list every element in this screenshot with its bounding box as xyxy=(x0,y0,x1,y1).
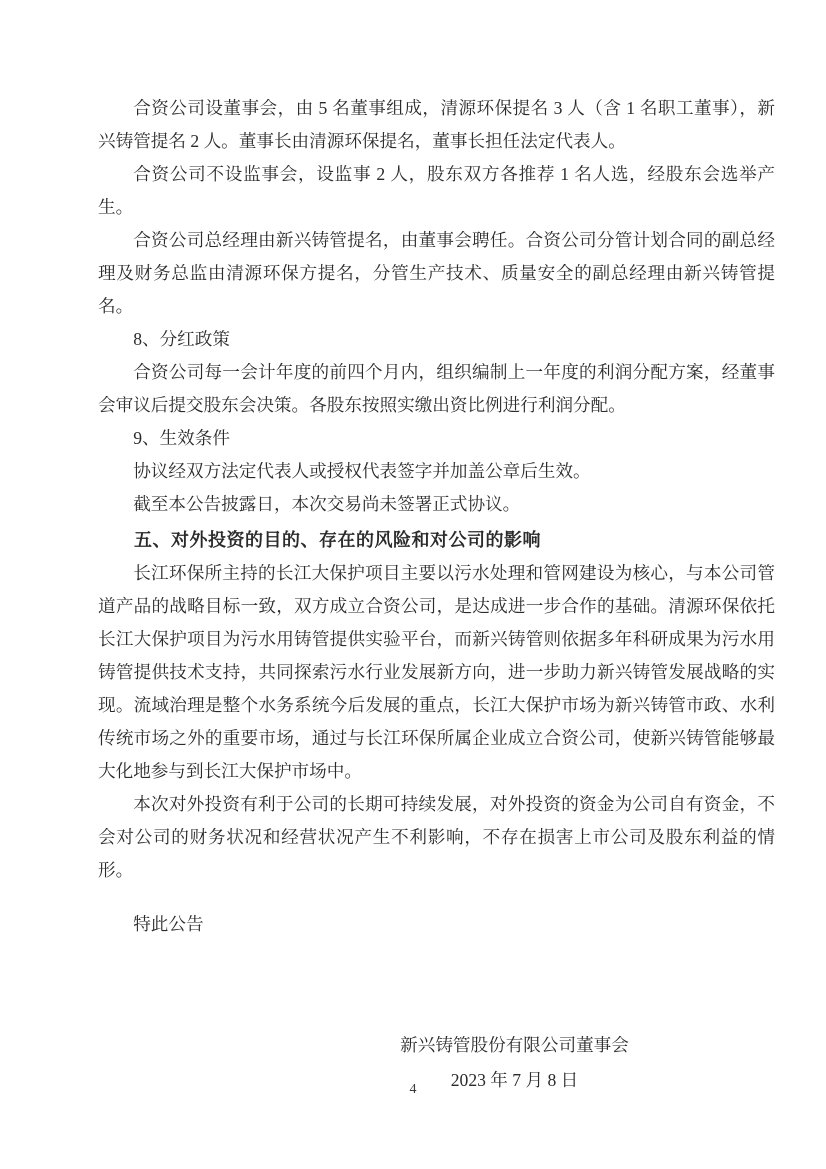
document-page: 合资公司设董事会，由 5 名董事组成，清源环保提名 3 人（含 1 名职工董事）… xyxy=(0,0,826,1169)
closing-statement: 特此公告 xyxy=(98,908,775,941)
body-paragraph: 合资公司设董事会，由 5 名董事组成，清源环保提名 3 人（含 1 名职工董事）… xyxy=(98,92,775,158)
body-paragraph: 本次对外投资有利于公司的长期可持续发展，对外投资的资金为公司自有资金，不会对公司… xyxy=(98,788,775,887)
body-paragraph: 合资公司总经理由新兴铸管提名，由董事会聘任。合资公司分管计划合同的副总经理及财务… xyxy=(98,224,775,323)
list-item-heading-dividend-policy: 8、分红政策 xyxy=(98,323,775,356)
signature-company: 新兴铸管股份有限公司董事会 xyxy=(176,1028,826,1063)
document-body: 合资公司设董事会，由 5 名董事组成，清源环保提名 3 人（含 1 名职工董事）… xyxy=(98,92,775,1098)
body-paragraph: 合资公司每一会计年度的前四个月内，组织编制上一年度的利润分配方案，经董事会审议后… xyxy=(98,356,775,422)
body-paragraph: 合资公司不设监事会，设监事 2 人，股东双方各推荐 1 名人选，经股东会选举产生… xyxy=(98,158,775,224)
section-heading: 五、对外投资的目的、存在的风险和对公司的影响 xyxy=(98,524,775,557)
body-paragraph: 截至本公告披露日，本次交易尚未签署正式协议。 xyxy=(98,488,775,521)
body-paragraph: 长江环保所主持的长江大保护项目主要以污水处理和管网建设为核心，与本公司管道产品的… xyxy=(98,557,775,788)
body-paragraph: 协议经双方法定代表人或授权代表签字并加盖公章后生效。 xyxy=(98,455,775,488)
list-item-heading-effective-conditions: 9、生效条件 xyxy=(98,422,775,455)
page-number: 4 xyxy=(0,1082,826,1098)
